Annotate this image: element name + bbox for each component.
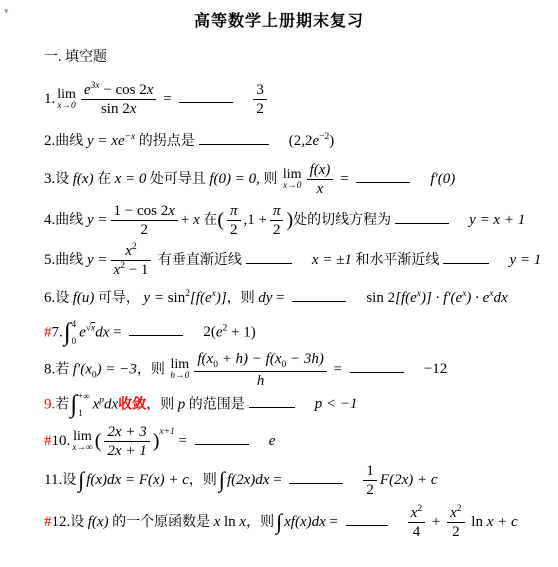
- sin-word: sin: [168, 290, 186, 306]
- answer-text: f′(0): [430, 171, 455, 187]
- ln-word: ln: [220, 514, 239, 530]
- math-text: f′(x: [73, 361, 92, 377]
- equals-sign: =: [272, 290, 288, 306]
- cn-text: 的拐点是: [135, 134, 195, 149]
- math-text: ): [329, 133, 334, 149]
- integral-symbol: ∫: [276, 513, 282, 532]
- equals-sign: =: [326, 514, 342, 530]
- problem-2: 2.曲线 y = xe−x 的拐点是(2,2e−2): [44, 132, 552, 151]
- problem-1: 1.limx→0e3x − cos 2xsin 2x = 32: [44, 81, 552, 118]
- problem-10: #10.limx→∞(2x + 32x + 1)x+1 = e: [44, 423, 552, 460]
- answer-fraction: x22: [447, 504, 464, 541]
- upper-limit: +∞: [78, 392, 90, 401]
- cn-text: 曲线: [55, 134, 83, 149]
- denominator: 2: [227, 221, 241, 239]
- cn-text: 若: [55, 362, 73, 377]
- math-text: x: [193, 212, 200, 228]
- blank-line: [199, 141, 269, 145]
- cn-text: 曲线: [55, 253, 83, 268]
- integral-block: ∫40: [64, 320, 76, 346]
- fraction: x2x2 − 1: [111, 242, 152, 279]
- denominator: 2: [111, 221, 178, 239]
- problem-9: 9.若∫+∞1xpdx收敛，则 p 的范围是p < −1: [44, 392, 552, 418]
- limit-block: limh→0: [170, 358, 189, 382]
- equals-sign: =: [159, 91, 175, 107]
- problem-4: 4.曲线 y =1 − cos 2x2+ x 在(π2,1 +π2)处的切线方程…: [44, 202, 552, 239]
- blank-line: [289, 480, 343, 484]
- equals-sign: =: [175, 433, 191, 449]
- blank-line: [179, 99, 233, 103]
- math-text: dx: [95, 324, 109, 340]
- denominator: 2x + 1: [104, 442, 149, 460]
- numerator: x2: [447, 504, 464, 523]
- answer-text: e: [269, 433, 276, 449]
- cn-text: 处的切线方程为: [293, 213, 391, 228]
- lower-limit: 1: [78, 409, 90, 418]
- lim-word: lim: [170, 358, 189, 372]
- blank-line: [346, 522, 388, 526]
- cn-text: 的一个原函数是: [109, 515, 214, 530]
- superscript: 2: [132, 242, 137, 252]
- math-text: + h) − f(x: [218, 351, 282, 367]
- math-text: − 1: [125, 262, 148, 278]
- equals-sign: =: [330, 361, 346, 377]
- math-text: ) · e: [466, 290, 489, 306]
- lim-subscript: x→0: [283, 182, 302, 192]
- integral-block: ∫+∞1: [70, 392, 89, 418]
- problem-number: 4.: [44, 212, 55, 228]
- limit-block: limx→0: [57, 88, 76, 112]
- cn-text: 若: [55, 397, 69, 412]
- blank-line: [356, 179, 410, 183]
- denominator: x: [307, 180, 334, 198]
- math-text: dx: [104, 396, 118, 412]
- problem-number: 3.: [44, 171, 55, 187]
- fraction: f(x)x: [307, 161, 334, 198]
- numerator: e3x − cos 2x: [81, 81, 157, 100]
- cn-text: 有垂直渐近线: [154, 253, 242, 268]
- cn-text: 可导，: [94, 291, 143, 306]
- integral-symbol: ∫: [78, 471, 84, 490]
- cn-text: 则: [260, 172, 281, 187]
- math-text: e: [84, 82, 91, 98]
- numerator: x2: [111, 242, 152, 261]
- fraction: π2: [270, 202, 284, 239]
- blank-line: [395, 220, 449, 224]
- answer-text: x + c: [487, 514, 518, 530]
- limit-block: limx→0: [283, 168, 302, 192]
- math-text: y =: [83, 212, 107, 228]
- answer-text: x = ±1: [312, 252, 352, 268]
- open-paren: (: [95, 433, 102, 449]
- cn-text: ，则: [137, 362, 169, 377]
- math-text: [f(e: [395, 290, 417, 306]
- blank-line: [292, 298, 346, 302]
- math-text: x: [125, 243, 132, 259]
- answer-text: 2(: [203, 324, 216, 340]
- problem-number: 1.: [44, 91, 55, 107]
- math-text: f(2x)dx: [227, 472, 269, 488]
- problem-11: 11.设∫f(x)dx = F(x) + c，则∫f(2x)dx = 12F(2…: [44, 462, 552, 499]
- math-text: f(x)dx = F(x) + c: [86, 472, 189, 488]
- denominator: 4: [408, 523, 425, 541]
- document-page: ▾ 高等数学上册期末复习 一. 填空题 1.limx→0e3x − cos 2x…: [0, 0, 558, 567]
- math-text: + 1): [227, 324, 255, 340]
- answer-text: sin 2: [366, 290, 395, 306]
- denominator: h: [194, 372, 327, 390]
- math-text: e: [216, 324, 223, 340]
- fraction: 1 − cos 2x2: [111, 202, 178, 239]
- integral-limits: +∞1: [77, 392, 90, 418]
- answer-text: F(2x) + c: [380, 472, 438, 488]
- math-text: 1 − cos 2: [114, 203, 169, 219]
- cn-text: 设: [55, 172, 73, 187]
- cn-text: 设: [70, 515, 88, 530]
- cn-text: 在: [94, 172, 115, 187]
- math-text: y =: [143, 290, 167, 306]
- hash-marker: #: [44, 433, 52, 449]
- cn-text: 和水平渐近线: [352, 253, 440, 268]
- problem-number: 7.: [52, 324, 63, 340]
- math-text: sin 2: [101, 101, 130, 117]
- denominator: 2: [363, 481, 377, 499]
- superscript: 3x: [91, 81, 100, 91]
- cn-text: 设: [55, 291, 73, 306]
- denominator: 2: [270, 221, 284, 239]
- blank-line: [350, 369, 404, 373]
- math-text: e: [79, 324, 86, 340]
- problem-number: 8.: [44, 361, 55, 377]
- limit-block: limx→∞: [72, 430, 93, 454]
- math-text: f(x: [197, 351, 213, 367]
- superscript: 2: [417, 504, 422, 514]
- fraction: f(x0 + h) − f(x0 − 3h)h: [194, 350, 327, 390]
- superscript: 2: [457, 504, 462, 514]
- math-text: − cos 2: [100, 82, 147, 98]
- problem-number: 6.: [44, 290, 55, 306]
- cn-text: ，则: [146, 397, 178, 412]
- math-text: f(x): [88, 514, 109, 530]
- lim-subscript: x→∞: [72, 444, 93, 454]
- lim-subscript: x→0: [57, 102, 76, 112]
- equals-sign: =: [109, 324, 125, 340]
- blank-line: [195, 441, 249, 445]
- plus-sign: +: [428, 514, 444, 530]
- math-text: y = xe: [83, 133, 124, 149]
- answer-fraction: x24: [408, 504, 425, 541]
- section-heading: 一. 填空题: [44, 46, 552, 66]
- math-text: f(u): [73, 290, 95, 306]
- math-text: dy: [258, 290, 272, 306]
- numerator: π: [270, 202, 284, 221]
- math-text: − 3h): [286, 351, 324, 367]
- problem-12: #12.设 f(x) 的一个原函数是 x ln x，则∫xf(x)dx = x2…: [44, 504, 552, 541]
- math-text: [f(e: [190, 290, 212, 306]
- denominator: x2 − 1: [111, 261, 152, 279]
- numerator: f(x): [307, 161, 334, 180]
- cn-text: 在: [200, 213, 218, 228]
- superscript: −2: [319, 132, 329, 142]
- integral-symbol: ∫: [70, 392, 77, 418]
- page-title: 高等数学上册期末复习: [44, 8, 514, 31]
- ln-word: ln: [468, 514, 487, 530]
- denominator: 2: [447, 523, 464, 541]
- lim-word: lim: [72, 430, 93, 444]
- numerator: 1: [363, 462, 377, 481]
- lim-word: lim: [57, 88, 76, 102]
- equals-sign: =: [269, 472, 285, 488]
- math-text: x: [450, 505, 457, 521]
- math-text: x: [130, 101, 137, 117]
- problem-number: 10.: [52, 433, 71, 449]
- cn-text: ，则: [246, 515, 274, 530]
- fraction: e3x − cos 2xsin 2x: [81, 81, 157, 118]
- numerator: 3: [253, 81, 267, 100]
- numerator: x2: [408, 504, 425, 523]
- math-text: y =: [83, 252, 107, 268]
- fraction: π2: [227, 202, 241, 239]
- problem-number: 9.: [44, 396, 55, 412]
- hash-marker: #: [44, 324, 52, 340]
- blank-line: [443, 260, 489, 264]
- problem-8: 8.若 f′(x0) = −3，则 limh→0f(x0 + h) − f(x0…: [44, 350, 552, 390]
- open-paren: (: [217, 212, 224, 228]
- fraction: 2x + 32x + 1: [104, 423, 149, 460]
- anchor-marker-icon: ▾: [4, 6, 9, 17]
- exponent: x+1: [159, 427, 174, 437]
- denominator: sin 2x: [81, 100, 157, 118]
- problem-number: 11.: [44, 472, 62, 488]
- problem-number: 2.: [44, 133, 55, 149]
- problem-7: #7.∫40e√xdx = 2(e2 + 1): [44, 320, 552, 346]
- math-text: xf(x)dx: [284, 514, 326, 530]
- problem-6: 6.设 f(u) 可导， y = sin2[f(ex)]，则 dy = sin …: [44, 289, 552, 308]
- integral-limits: 40: [71, 320, 77, 346]
- numerator: 1 − cos 2x: [111, 202, 178, 221]
- numerator: f(x0 + h) − f(x0 − 3h): [194, 350, 327, 372]
- math-text: f(0) = 0,: [209, 171, 260, 187]
- math-text: x = 0: [115, 171, 147, 187]
- answer-text: y = x + 1: [469, 212, 525, 228]
- lower-limit: 0: [72, 337, 77, 346]
- math-text: dx: [494, 290, 508, 306]
- cn-text: 的范围是: [185, 397, 245, 412]
- equals-sign: =: [336, 171, 352, 187]
- math-text: +: [181, 212, 193, 228]
- answer-text: y = 1: [509, 252, 541, 268]
- math-text: )] · f′(e: [421, 290, 462, 306]
- cn-text: 设: [62, 473, 76, 488]
- blank-line: [246, 260, 292, 264]
- superscript: √x: [86, 323, 95, 333]
- math-text: f(x): [73, 171, 94, 187]
- answer-fraction: 12: [363, 462, 377, 499]
- lim-word: lim: [283, 168, 302, 182]
- math-text: x: [147, 82, 154, 98]
- answer-text: (2,2: [289, 133, 313, 149]
- blank-line: [249, 404, 295, 408]
- problem-5: 5.曲线 y =x2x2 − 1 有垂直渐近线x = ±1 和水平渐近线y = …: [44, 242, 552, 279]
- math-text: ,1 +: [244, 212, 267, 228]
- superscript: −x: [125, 132, 136, 142]
- problem-3: 3.设 f(x) 在 x = 0 处可导且 f(0) = 0, 则 limx→0…: [44, 161, 552, 198]
- lim-subscript: h→0: [170, 372, 189, 382]
- math-text: )]: [216, 290, 227, 306]
- math-text: ) = −3: [97, 361, 137, 377]
- blank-line: [129, 332, 183, 336]
- numerator: π: [227, 202, 241, 221]
- math-text: x: [168, 203, 175, 219]
- denominator: 2: [253, 100, 267, 118]
- cn-text: ，则: [189, 473, 217, 488]
- integral-symbol: ∫: [64, 320, 71, 346]
- numerator: 2x + 3: [104, 423, 149, 442]
- answer-text: p < −1: [315, 396, 358, 412]
- cn-text: 曲线: [55, 213, 83, 228]
- problem-number: 5.: [44, 252, 55, 268]
- problem-number: 12.: [52, 514, 71, 530]
- integral-symbol: ∫: [219, 471, 225, 490]
- hash-marker: #: [44, 514, 52, 530]
- upper-limit: 4: [72, 320, 77, 329]
- answer-text: −12: [424, 361, 447, 377]
- converge-label: 收敛: [118, 397, 146, 412]
- cn-text: 处可导且: [146, 172, 209, 187]
- answer-fraction: 32: [253, 81, 267, 118]
- cn-text: ，则: [227, 291, 259, 306]
